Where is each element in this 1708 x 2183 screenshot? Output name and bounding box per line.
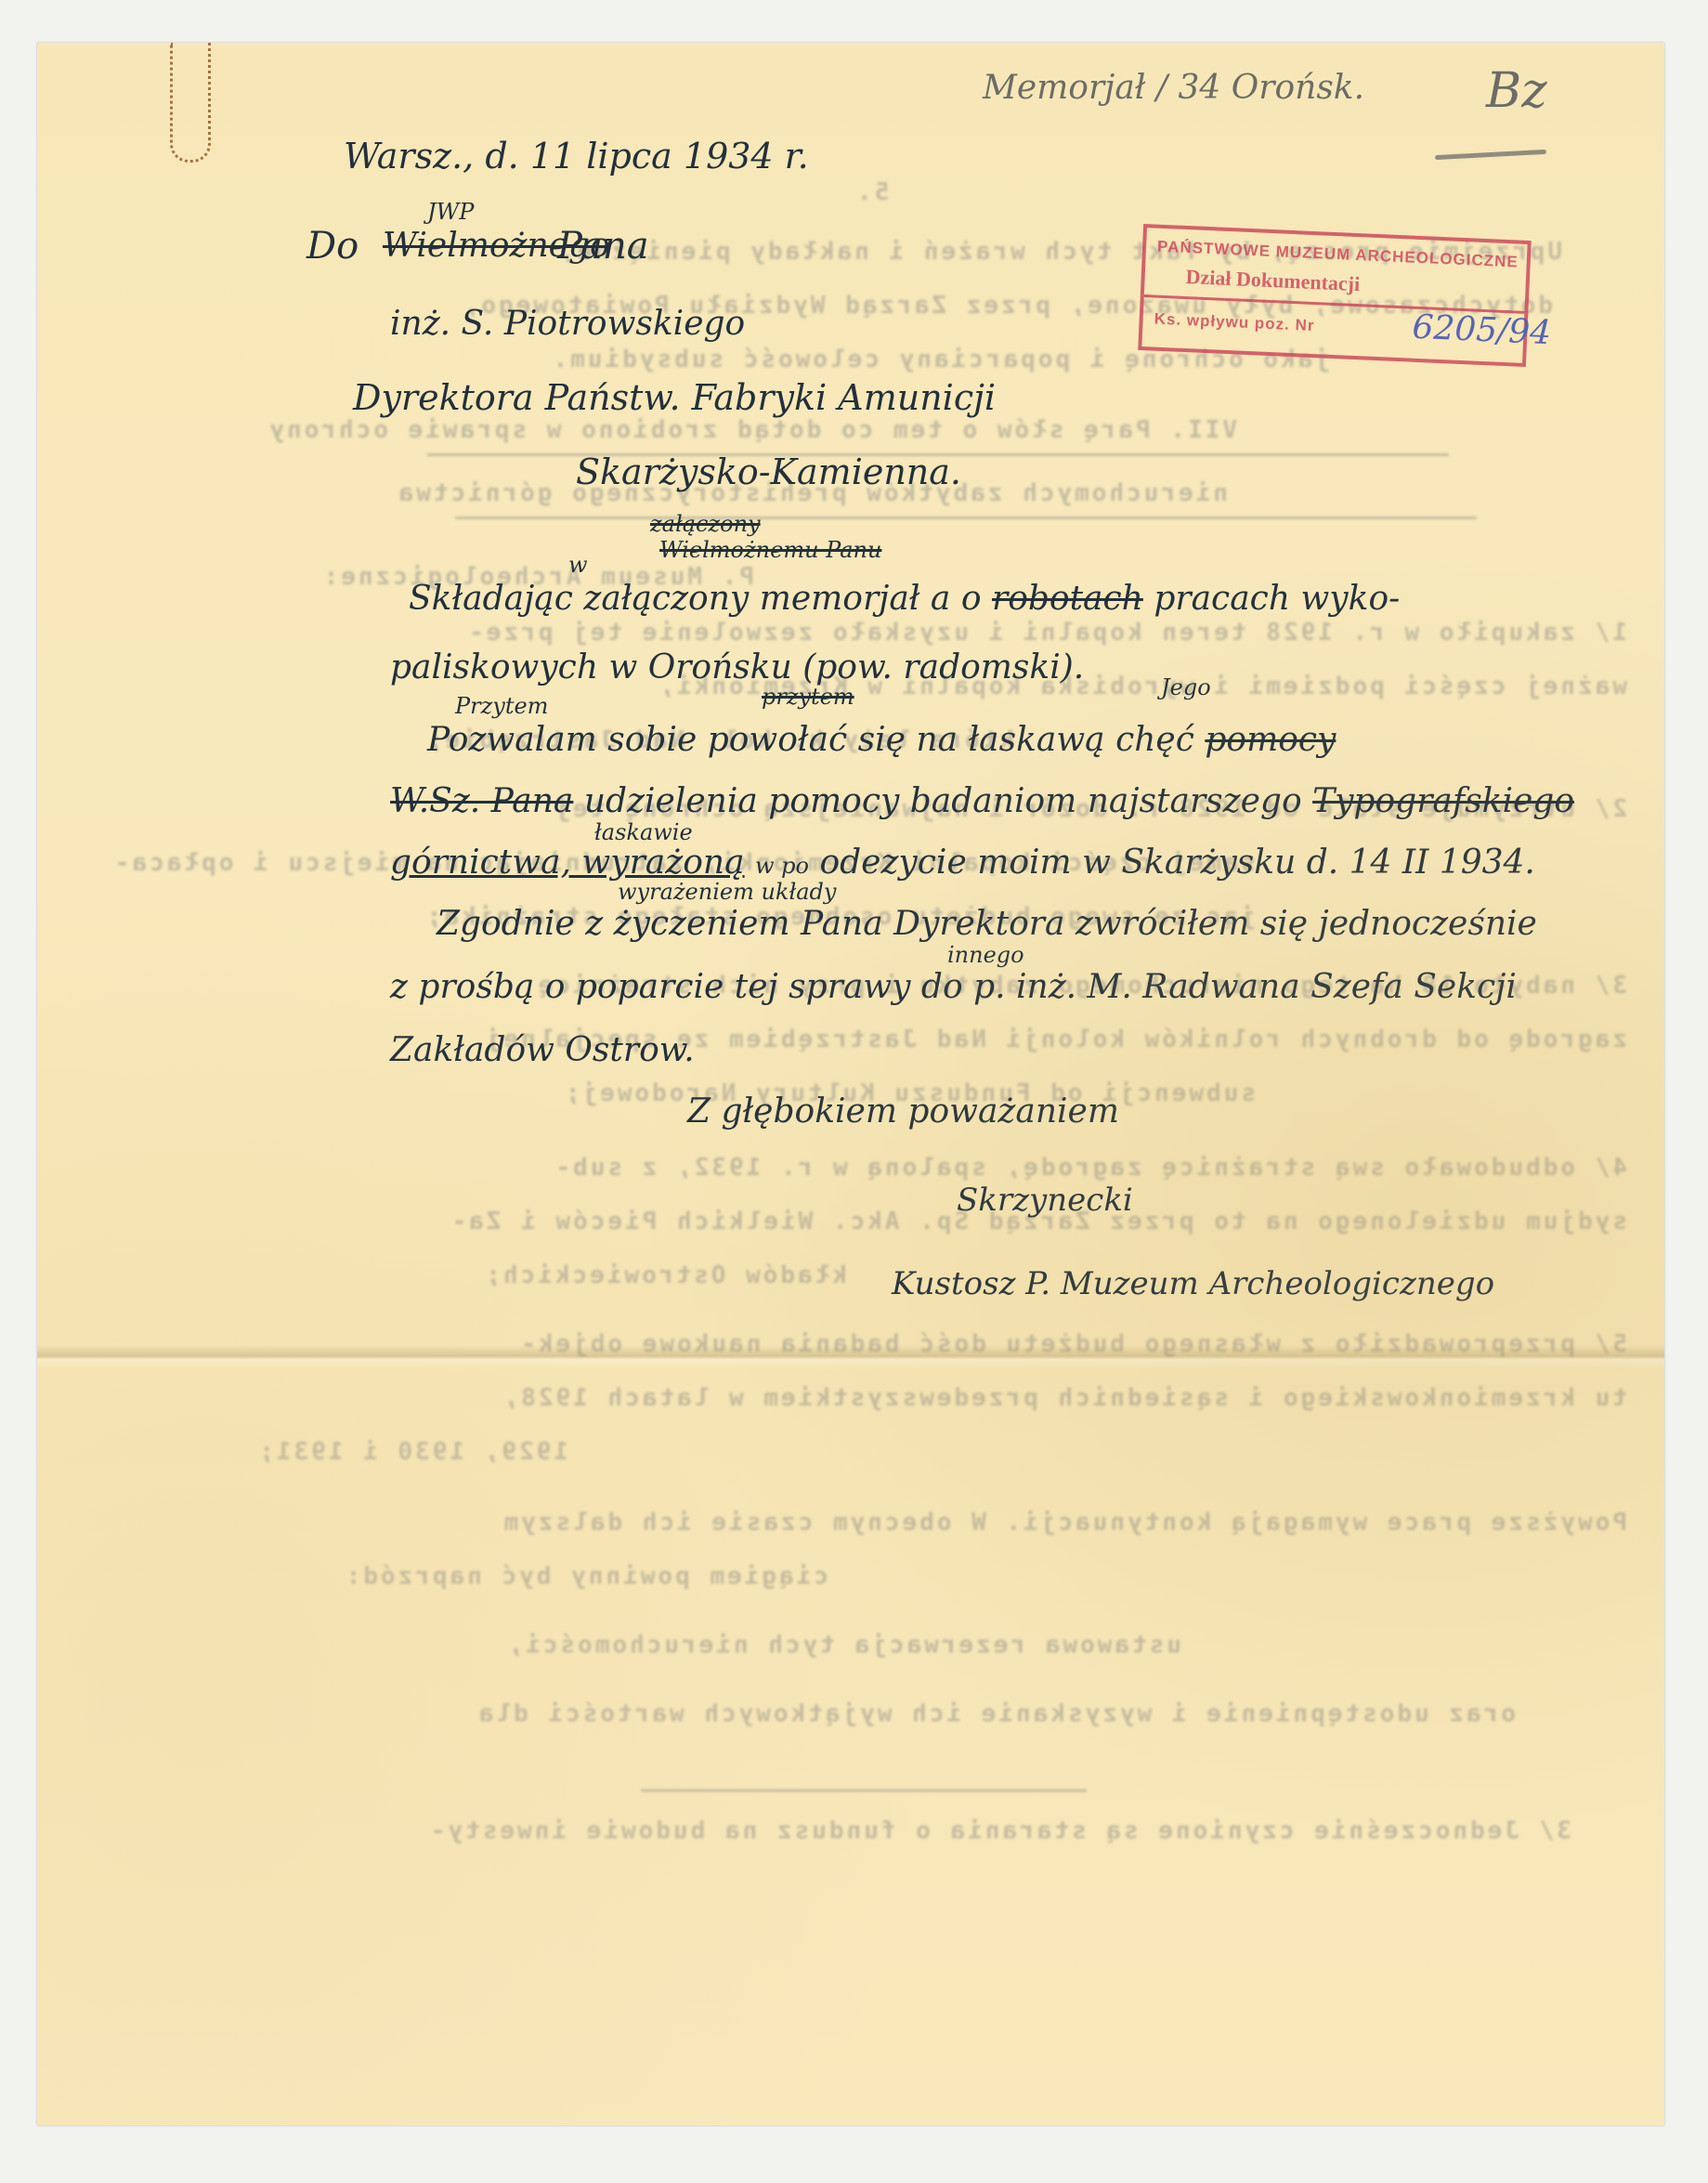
typed-line: VII. Parę słów o tem co dotąd zrobiono w… (267, 416, 1237, 444)
line3-insert-left: Przytem (455, 693, 548, 719)
typed-line: tu krzemionkowskiego i sąsiednich przede… (502, 1384, 1627, 1412)
line3-insert-right: Jego (1161, 674, 1211, 700)
insert-struck-line: Wielmożnemu Panu (659, 537, 881, 563)
typed-line: Powyższe prace wymagają kontynuacji. W o… (502, 1509, 1627, 1536)
line7-insert: innego (947, 942, 1024, 968)
stamp-entry-number: 6205/94 (1412, 308, 1552, 352)
typed-line: 3/ Jednocześnie czynione są starania o f… (428, 1817, 1571, 1845)
salutation-pan: Pana (557, 225, 649, 268)
line3-insert-mid: przytem (762, 684, 854, 710)
pencil-initials: Bz (1486, 63, 1547, 119)
pencil-file-annotation: Memorjał / 34 Orońsk. (983, 69, 1364, 107)
letter-line-8: Zakładów Ostrow. (390, 1031, 695, 1069)
line-text: odezycie moim w Skarżysku d. 14 II 1934. (819, 843, 1534, 882)
line1-prefix: w (568, 552, 588, 578)
letter-line-5: górnictwa, wyrażoną w po odezycie moim w… (390, 843, 1535, 882)
word: pracach (1154, 580, 1290, 618)
letter-line-4: W.Sz. Pana udzielenia pomocy badaniom na… (390, 782, 1574, 820)
word: załączony (583, 580, 749, 618)
line-text: udzielenia pomocy badaniom najstarszego (584, 782, 1302, 820)
line5-insert: łaskawie (594, 819, 693, 845)
recipient-place: Skarżysko-Kamienna. (576, 451, 961, 492)
document-page: 5. Uprzejmie proszę, by fakt tych wrażeń… (37, 43, 1664, 2125)
salutation-insert: JWP (427, 199, 474, 225)
letter-line-2: paliskowych w Orońsku (pow. radomski). (390, 648, 1084, 686)
line-text: górnictwa, wyrażoną (390, 843, 745, 882)
word: memorjał (760, 580, 920, 618)
letter-line-6: Zgodnie z życzeniem Pana Dyrektora zwróc… (437, 905, 1537, 943)
letter-date: Warsz., d. 11 lipca 1934 r. (344, 136, 809, 176)
typed-line: 1/ zakupiło w r. 1928 teren kopalni i uz… (466, 619, 1627, 647)
signature-title: Kustosz P. Muzeum Archeologicznego (892, 1265, 1494, 1302)
recipient-name: inż. S. Piotrowskiego (390, 305, 745, 343)
typed-line: ciągiem powinny być naprzód: (344, 1562, 828, 1590)
word: wyko- (1300, 580, 1400, 618)
struck-word: Typografskiego (1312, 782, 1574, 820)
salutation-to: Do (306, 225, 359, 268)
struck-word: W.Sz. Pana (390, 782, 573, 820)
letter-line-3: Pozwalam sobie powołać się na łaskawą ch… (427, 721, 1336, 759)
insert-struck-small: załączony (650, 511, 761, 537)
typed-line: ustawowa rezerwacja tych nieruchomości, (506, 1631, 1181, 1659)
letter-closing: Z głębokiem poważaniem (687, 1092, 1119, 1131)
struck-word: robotach (992, 580, 1143, 618)
line-text: Pozwalam sobie powołać się na łaskawą ch… (427, 721, 1194, 759)
museum-registry-stamp: PAŃSTWOWE MUZEUM ARCHEOLOGICZNE Dział Do… (1138, 224, 1532, 367)
letter-line-1: Składając załączony memorjał a o robotac… (409, 580, 1400, 618)
typed-line: 4/ odbudowało swą strażnicę zagrodę, spa… (553, 1154, 1627, 1182)
line-insert: w po (755, 853, 809, 879)
paper-fold-crease (37, 1345, 1664, 1369)
letter-line-7: z prośbą o poparcie tej sprawy do p. inż… (390, 968, 1517, 1006)
word: o (961, 580, 982, 618)
word: Składając (409, 580, 573, 618)
struck-word: pomocy (1205, 721, 1336, 759)
stamp-entry-label: Ks. wpływu poz. Nr (1154, 310, 1315, 336)
line6-insert: wyrażeniem układy (618, 879, 836, 905)
stamp-department: Dział Dokumentacji (1185, 265, 1361, 296)
typed-underline (455, 516, 1477, 519)
recipient-title: Dyrektora Państw. Fabryki Amunicji (353, 377, 996, 418)
word: a (931, 580, 950, 618)
typed-page-number: 5. (854, 178, 889, 206)
typed-line: kładów Ostrowieckich; (483, 1261, 847, 1289)
signature: Skrzynecki (957, 1182, 1133, 1219)
typed-separator (641, 1789, 1087, 1792)
typed-line: oraz udostępnienie i wyzyskanie ich wyją… (476, 1700, 1516, 1728)
typed-line: 1929, 1930 i 1931; (256, 1438, 568, 1466)
